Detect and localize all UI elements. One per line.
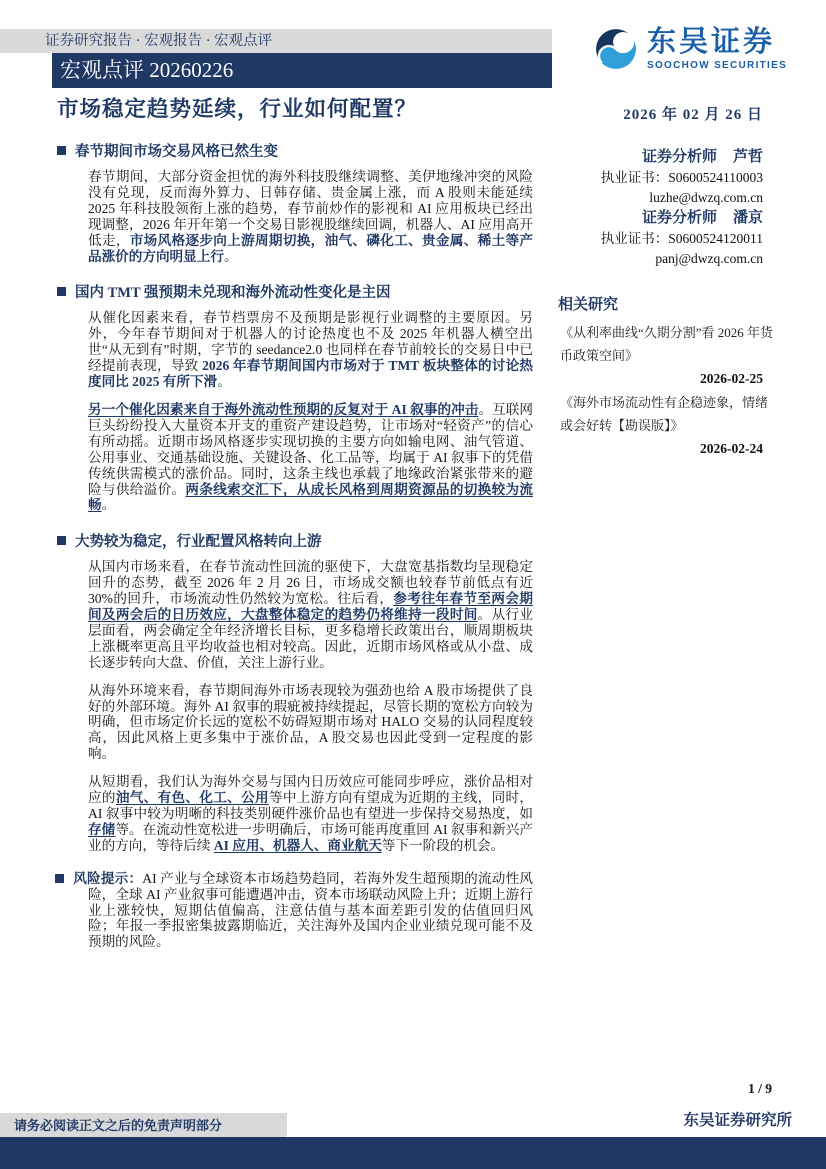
text-segment: 油气、有色、化工、公用 [116,790,269,805]
text-segment: 市场风格逐步向上游周期切换，油气、磷化工、贵金属、稀土等产品涨价的方向明显上行 [88,233,533,264]
license-number: S0600524120011 [668,231,763,246]
analyst-role: 证券分析师 [642,210,717,226]
related-research-heading: 相关研究 [558,293,775,314]
related-research-item: 《海外市场流动性有企稳迹象，情绪或会好转【勘误版】》 2026-02-24 [558,391,775,460]
report-title: 市场稳定趋势延续，行业如何配置？ [57,92,417,123]
license-label: 执业证书： [601,170,669,185]
report-category-breadcrumb: 证券研究报告 · 宏观报告 · 宏观点评 [45,29,552,53]
report-sidebar: 证券分析师芦哲 执业证书：S0600524110003 luzhe@dwzq.c… [558,147,775,461]
risk-paragraph: 风险提示：AI 产业与全球资本市场趋势趋同，若海外发生超预期的流动性风险，全球 … [55,871,533,951]
text-segment: 存储 [88,822,115,837]
paragraph: 从短期看，我们认为海外交易与国内日历效应可能同步呼应，涨价品相对应的油气、有色、… [88,774,533,854]
paragraph: 从国内市场来看，在春节流动性回流的驱使下，大盘宽基指数均呈现稳定回升的态势，截至… [88,559,533,670]
brand-name-cn: 东吴证券 [647,27,787,57]
text-segment: 从海外环境来看，春节期间海外市场表现较为强劲也给 A 股市场提供了良好的外部环境… [88,683,533,762]
section-heading-row: 春节期间市场交易风格已然生变 [57,140,533,161]
text-segment: 。 [102,497,116,512]
research-institute: 东吴证券研究所 [560,1108,792,1130]
related-item-title: 《海外市场流动性有企稳迹象，情绪或会好转【勘误版】》 [558,391,775,437]
section-market-stable-upstream: 大势较为稳定，行业配置风格转向上游 从国内市场来看，在春节流动性回流的驱使下，大… [55,530,533,853]
section-heading: 春节期间市场交易风格已然生变 [75,140,278,161]
related-item-date: 2026-02-24 [558,437,775,460]
kicker-bar: 证券研究报告 · 宏观报告 · 宏观点评 [0,29,552,53]
section-heading-row: 国内 TMT 强预期未兑现和海外流动性变化是主因 [57,281,533,302]
square-bullet-icon [55,874,64,883]
brand-logo: 东吴证券 SOOCHOW SECURITIES [594,27,787,71]
soochow-logo-icon [594,27,638,71]
square-bullet-icon [57,536,66,545]
related-item-title: 《从利率曲线“久期分割”看 2026 年货币政策空间》 [558,321,775,367]
paragraph: 从海外环境来看，春节期间海外市场表现较为强劲也给 A 股市场提供了良好的外部环境… [88,683,533,763]
square-bullet-icon [57,287,66,296]
analyst-name: 潘京 [733,210,763,226]
report-series-banner: 宏观点评 20260226 [52,53,552,88]
section-heading: 大势较为稳定，行业配置风格转向上游 [75,530,322,551]
analyst-email: luzhe@dwzq.com.cn [558,188,775,208]
analyst-role: 证券分析师 [642,149,717,165]
paragraph: 另一个催化因素来自于海外流动性预期的反复对于 AI 叙事的冲击。互联网巨头纷纷投… [88,402,533,513]
paragraph: 从催化因素来看，春节档票房不及预期是影视行业调整的主要原因。另外，今年春节期间对… [88,310,533,390]
section-heading-row: 大势较为稳定，行业配置风格转向上游 [57,530,533,551]
section-tmt-liquidity: 国内 TMT 强预期未兑现和海外流动性变化是主因 从催化因素来看，春节档票房不及… [55,281,533,513]
analyst-name: 芦哲 [733,149,763,165]
analyst-role-row: 证券分析师潘京 [558,208,775,229]
text-segment: 。 [217,374,231,389]
brand-name-en: SOOCHOW SECURITIES [647,60,787,71]
license-number: S0600524110003 [668,170,763,185]
section-risk-notice: 风险提示：AI 产业与全球资本市场趋势趋同，若海外发生超预期的流动性风险，全球 … [55,871,533,951]
brand-names: 东吴证券 SOOCHOW SECURITIES [647,27,787,71]
report-date: 2026 年 02 月 26 日 [558,103,775,124]
text-segment: 。 [224,249,238,264]
analyst-license-row: 执业证书：S0600524110003 [558,168,775,188]
analyst-block: 证券分析师芦哲 执业证书：S0600524110003 luzhe@dwzq.c… [558,147,775,208]
analyst-email: panj@dwzq.com.cn [558,249,775,269]
analyst-license-row: 执业证书：S0600524120011 [558,229,775,249]
report-page: 证券研究报告 · 宏观报告 · 宏观点评 宏观点评 20260226 市场稳定趋… [0,0,826,1169]
license-label: 执业证书： [601,231,669,246]
related-research-item: 《从利率曲线“久期分割”看 2026 年货币政策空间》 2026-02-25 [558,321,775,390]
text-segment: AI 应用、机器人、商业航天 [214,838,382,853]
section-heading: 国内 TMT 强预期未兑现和海外流动性变化是主因 [75,281,391,302]
square-bullet-icon [57,146,66,155]
analyst-block: 证券分析师潘京 执业证书：S0600524120011 panj@dwzq.co… [558,208,775,269]
analyst-role-row: 证券分析师芦哲 [558,147,775,168]
paragraph: 春节期间，大部分资金担忧的海外科技股继续调整、美伊地缘冲突的风险没有兑现，反而海… [88,169,533,264]
risk-heading: 风险提示： [73,871,142,886]
text-segment: 等下一阶段的机会。 [382,838,504,853]
risk-text: AI 产业与全球资本市场趋势趋同，若海外发生超预期的流动性风险，全球 AI 产业… [88,871,533,950]
text-segment: 另一个催化因素来自于海外流动性预期的反复对于 AI 叙事的冲击 [88,402,478,417]
footer-band [0,1137,826,1169]
related-item-date: 2026-02-25 [558,367,775,390]
disclaimer-notice: 请务必阅读正文之后的免责声明部分 [0,1113,287,1138]
text-segment: AI 产业与全球资本市场趋势趋同，若海外发生超预期的流动性风险，全球 AI 产业… [88,871,533,950]
section-spring-festival-style: 春节期间市场交易风格已然生变 春节期间，大部分资金担忧的海外科技股继续调整、美伊… [55,140,533,264]
report-body: 春节期间市场交易风格已然生变 春节期间，大部分资金担忧的海外科技股继续调整、美伊… [55,140,533,967]
page-number: 1 / 9 [640,1081,772,1097]
